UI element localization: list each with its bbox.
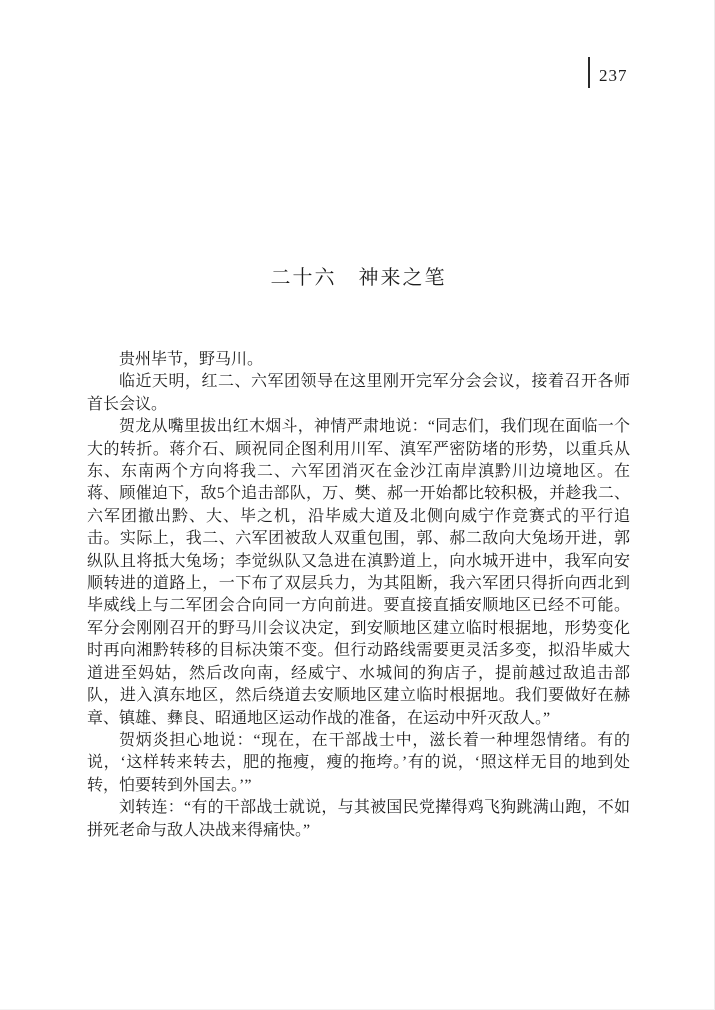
paragraph-2: 临近天明，红二、六军团领导在这里刚开完军分会会议，接着召开各师首长会议。 bbox=[87, 371, 630, 416]
page-number: 237 bbox=[599, 60, 628, 86]
page-number-rule bbox=[588, 57, 590, 88]
chapter-title: 二十六 神来之笔 bbox=[87, 261, 630, 290]
page-header: 237 bbox=[588, 57, 628, 88]
body-text: 贵州毕节，野马川。 临近天明，红二、六军团领导在这里刚开完军分会会议，接着召开各… bbox=[87, 349, 630, 842]
paragraph-5: 刘转连：“有的干部战士就说，与其被国民党撵得鸡飞狗跳满山跑，不如拼死老命与敌人决… bbox=[87, 797, 630, 842]
book-page: 237 二十六 神来之笔 贵州毕节，野马川。 临近天明，红二、六军团领导在这里刚… bbox=[0, 0, 715, 1010]
paragraph-1: 贵州毕节，野马川。 bbox=[87, 349, 630, 371]
paragraph-3: 贺龙从嘴里拔出红木烟斗，神情严肃地说：“同志们，我们现在面临一个大的转折。蒋介石… bbox=[87, 416, 630, 730]
paragraph-4: 贺炳炎担心地说：“现在，在干部战士中，滋长着一种埋怨情绪。有的说，‘这样转来转去… bbox=[87, 730, 630, 797]
